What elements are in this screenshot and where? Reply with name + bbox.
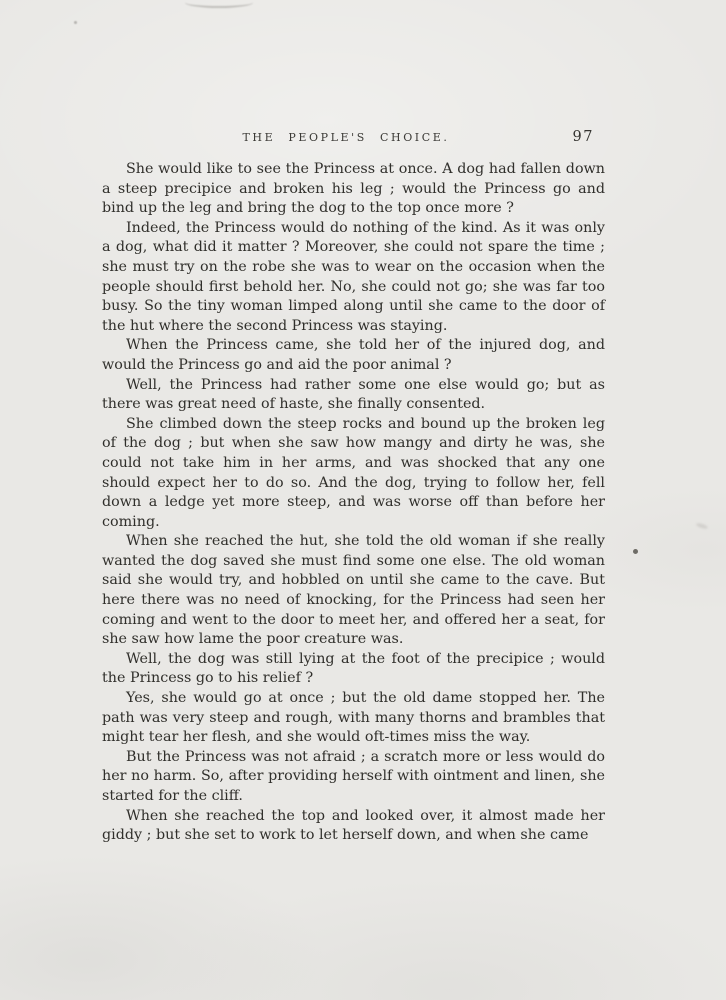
paragraph: When she reached the top and looked over… [102, 807, 605, 846]
paragraph: Well, the dog was still lying at the foo… [102, 650, 605, 689]
scan-smudge-top [185, 0, 253, 8]
paragraph: But the Princess was not afraid ; a scra… [102, 748, 605, 807]
paragraph: She climbed down the steep rocks and bou… [102, 415, 605, 533]
body-text: She would like to see the Princess at on… [102, 160, 605, 846]
paragraph: Yes, she would go at once ; but the old … [102, 689, 605, 748]
running-header-title: THE PEOPLE'S CHOICE. [96, 131, 596, 144]
scan-smudge-right [696, 522, 709, 530]
paragraph: Well, the Princess had rather some one e… [102, 376, 605, 415]
paragraph: When the Princess came, she told her of … [102, 336, 605, 375]
book-page: THE PEOPLE'S CHOICE. 97 She would like t… [0, 0, 726, 1000]
paragraph: Indeed, the Princess would do nothing of… [102, 219, 605, 337]
running-header: THE PEOPLE'S CHOICE. 97 [103, 129, 603, 147]
page-number: 97 [573, 129, 594, 145]
paragraph: She would like to see the Princess at on… [102, 160, 605, 219]
ink-speck [633, 549, 638, 554]
paper-speck [74, 21, 77, 24]
paragraph: When she reached the hut, she told the o… [102, 532, 605, 650]
